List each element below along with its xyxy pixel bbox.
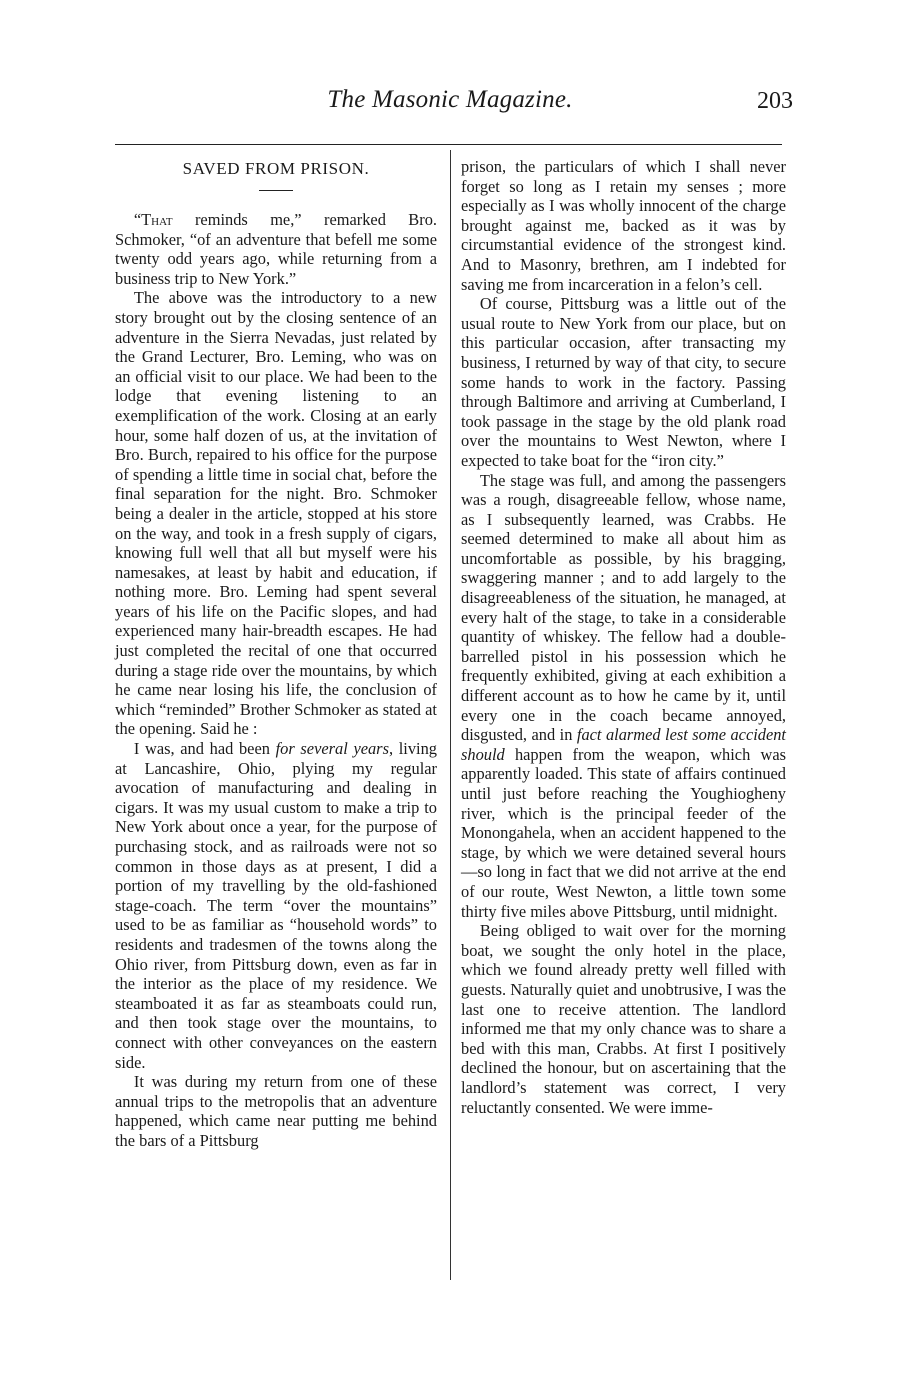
article-title: SAVED FROM PRISON. bbox=[115, 159, 437, 179]
paragraph: The stage was full, and among the passen… bbox=[461, 471, 786, 922]
left-column: SAVED FROM PRISON. “That reminds me,” re… bbox=[115, 156, 437, 1151]
right-column: prison, the particulars of which I shall… bbox=[461, 157, 786, 1117]
paragraph-text: happen from the weapon, which was appare… bbox=[461, 745, 786, 921]
paragraph: It was during my return from one of thes… bbox=[115, 1072, 437, 1150]
italic-text: for several years bbox=[276, 739, 389, 758]
column-divider bbox=[450, 150, 451, 1280]
paragraph-text: The stage was full, and among the passen… bbox=[461, 471, 786, 745]
title-separator bbox=[259, 190, 293, 191]
paragraph-continued: prison, the particulars of which I shall… bbox=[461, 157, 786, 294]
paragraph-text: I was, and had been bbox=[134, 739, 276, 758]
magazine-title: The Masonic Magazine. bbox=[115, 86, 785, 114]
paragraph-text: , living at Lancashire, Ohio, plying my … bbox=[115, 739, 437, 1072]
running-head: The Masonic Magazine. 203 bbox=[115, 86, 785, 122]
paragraph: Being obliged to wait over for the morni… bbox=[461, 921, 786, 1117]
lead-word: That bbox=[141, 210, 172, 229]
paragraph: “That reminds me,” remarked Bro. Schmoke… bbox=[115, 210, 437, 288]
paragraph: The above was the introductory to a new … bbox=[115, 288, 437, 739]
header-rule bbox=[115, 144, 782, 145]
page-number: 203 bbox=[757, 88, 793, 115]
paragraph: Of course, Pittsburg was a little out of… bbox=[461, 294, 786, 470]
paragraph: I was, and had been for several years, l… bbox=[115, 739, 437, 1072]
